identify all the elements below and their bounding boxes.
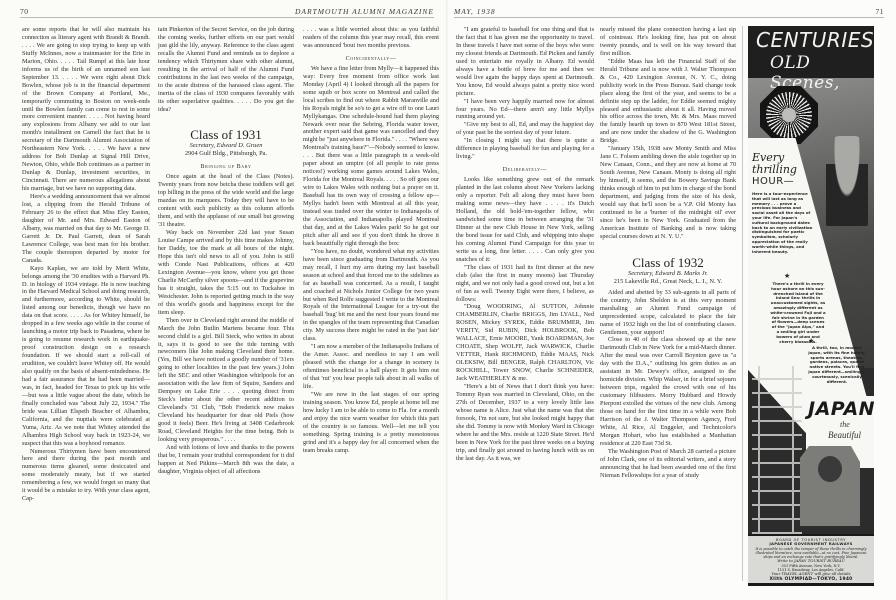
section-subhead: Deliberately—	[456, 166, 594, 174]
paragraph: "Eddie Maas has left the Financial Staff…	[600, 58, 736, 145]
paragraph: We have a fine letter from Mylly—it happ…	[303, 65, 439, 248]
paragraph: Numerous Thirtymen have been encountered…	[22, 448, 150, 504]
ladder-illustration	[752, 366, 802, 546]
paragraph: Kayo Kaplan, we are told by Merit White,…	[22, 265, 150, 448]
paragraph: Then over in Cleveland right around the …	[158, 317, 294, 444]
paragraph: Looks like something grew out of the rem…	[456, 176, 594, 263]
paragraph: "I am grateful to baseball for one thing…	[456, 26, 594, 98]
class-secretary: Secretary, Edward B. Marks Jr.	[600, 270, 736, 278]
ad-footer: BOARD OF TOURIST INDUSTRY JAPANESE GOVER…	[748, 534, 874, 586]
paragraph: Aided and abetted by 33 sub-agents in al…	[600, 289, 736, 337]
paragraph: "January 15th, 1938 saw Monty Smith and …	[600, 145, 736, 240]
paragraph: Here's a wedding announcement that we al…	[22, 193, 150, 265]
paragraph: Once again at the head of the Class (Not…	[158, 173, 294, 229]
page-number: 71	[876, 7, 885, 16]
ad-headline: CENTURIES OLD Scenes,	[748, 26, 874, 78]
left-page: 70 DARTMOUTH ALUMNI MAGAZINE are some re…	[0, 0, 448, 600]
brand-the: the	[840, 420, 850, 429]
paragraph: Way back on November 22d last year Susan…	[158, 229, 294, 316]
ad-figure-illustration	[826, 136, 868, 226]
section-subhead: Coincidentally—	[303, 55, 439, 63]
portrait-illustration	[800, 446, 860, 526]
paragraph: "Give my best to all, Ed, and may the ha…	[456, 121, 594, 137]
left-column-3: . . . . was a little worried about this:…	[303, 26, 439, 455]
left-column-2: tain Pinkerton of the Secret Service, on…	[158, 26, 294, 476]
class-secretary: Secretary, Edward D. Gruen	[158, 142, 294, 150]
paragraph: "I am now a member of the Indianapolis I…	[303, 343, 439, 391]
class-heading-1932: Class of 1932	[600, 255, 736, 270]
paragraph: "Doug WOODRING, Al SUTTON, Johnnie CHAMB…	[456, 303, 594, 383]
chrysanthemum-icon	[760, 86, 818, 144]
paragraph: And with lotions of love and thanks to t…	[158, 444, 294, 476]
paragraph: "You have, no doubt, wondered what my ac…	[303, 248, 439, 343]
paragraph: nearly missed the plane connection havin…	[600, 26, 736, 58]
ad-copy-2: There's a thrill in every hour ashore on…	[770, 282, 826, 344]
paragraph: The Washington Post of March 28 carried …	[600, 448, 736, 480]
issue-date: MAY, 1938	[454, 7, 496, 16]
paragraph: "In closing I might say that there is qu…	[456, 137, 594, 161]
page-number: 70	[20, 7, 29, 16]
paragraph: . . . . was a little worried about this:…	[303, 26, 439, 50]
paragraph: are some reports that he will also maint…	[22, 26, 150, 193]
tagline-line: HOUR—	[752, 176, 797, 188]
tagline-line: thrilling	[752, 164, 797, 176]
paragraph: Close to 40 of the class showed up at th…	[600, 336, 736, 447]
japan-travel-advertisement: CENTURIES OLD Scenes, Every thrilling HO…	[748, 26, 874, 586]
ad-tagline: Every thrilling HOUR—	[752, 152, 797, 188]
section-subhead: Bringing up Baby	[158, 163, 294, 171]
star-icon: ★	[808, 337, 814, 345]
paragraph: tain Pinkerton of the Secret Service, on…	[158, 26, 294, 113]
ad-headline-line1: CENTURIES	[756, 28, 874, 52]
paragraph: "The class of 1931 had its first dinner …	[456, 264, 594, 304]
brand-japan: JAPAN	[808, 398, 874, 420]
magazine-title: DARTMOUTH ALUMNI MAGAZINE	[295, 7, 434, 16]
brand-beautiful: Beautiful	[828, 430, 861, 440]
column-divider	[742, 26, 743, 581]
paragraph: "We are now in the last stages of our sp…	[303, 391, 439, 455]
paragraph: "I have been very happily married now fo…	[456, 98, 594, 122]
running-head-left: 70 DARTMOUTH ALUMNI MAGAZINE	[20, 5, 434, 18]
class-heading-1931: Class of 1931	[158, 127, 294, 142]
star-icon: ★	[784, 272, 790, 280]
ad-copy-3: A thrill, too, in modern Japan, with its…	[808, 346, 866, 384]
paragraph: "Here's a bit of News that I don't think…	[456, 383, 594, 463]
running-head-right: MAY, 1938 71	[454, 5, 884, 18]
class-address: 2904 Gulf Bldg., Pittsburgh, Pa.	[158, 150, 294, 158]
right-column-2: nearly missed the plane connection havin…	[600, 26, 736, 480]
ad-copy-1: Here is a tour-experience that will last…	[752, 192, 814, 254]
ad-olympiad: XIIth OLYMPIAD—TOKYO, 1940	[748, 577, 874, 583]
class-address: 215 Lakeville Rd., Great Neck, L. I., N.…	[600, 278, 736, 286]
right-column-1: "I am grateful to baseball for one thing…	[456, 26, 594, 463]
left-column-1: are some reports that he will also maint…	[22, 26, 150, 503]
